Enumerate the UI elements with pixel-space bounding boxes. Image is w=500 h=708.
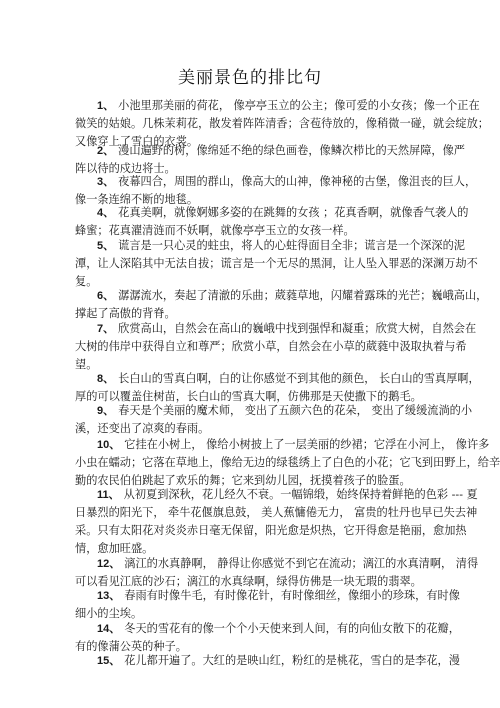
paragraph-number: 2、: [97, 145, 114, 157]
paragraph-4: 4、花真美啊，就像婀娜多姿的在跳舞的女孩 ；花真香啊，就像香气袭人的蜂蜜；花真濯…: [75, 204, 435, 240]
paragraph-number: 9、: [97, 405, 114, 417]
paragraph-number: 4、: [97, 207, 114, 219]
paragraph-line: 7、欣赏高山，自然会在高山的巍峨中找到强悍和凝重；欣赏大树，自然会在: [75, 320, 435, 338]
paragraph-number: 15、: [97, 655, 120, 667]
paragraph-text: 小池里那美丽的荷花， 像亭亭玉立的公主；像可爱的小女孩；像一个正在: [118, 99, 480, 112]
paragraph-text: 采。只有太阳花对炎炎赤日毫无保留，阳光愈是炽热，它开得愈是艳丽，愈加热: [75, 524, 467, 537]
paragraph-number: 11、: [97, 489, 120, 501]
paragraph-line: 11、从初夏到深秋，花儿经久不衰。一幅锦缎，始终保持着鲜艳的色彩 --- 夏: [75, 486, 435, 504]
paragraph-text: 潭，让人深陷其中无法自拔；谎言是一个无尽的黑洞，让人坠入罪恶的深渊万劫不: [75, 257, 478, 270]
paragraph-text: 春天是个美丽的魔术师， 变出了五颜六色的花朵， 变出了缓缓流淌的小: [118, 404, 472, 417]
paragraph-number: 7、: [97, 323, 114, 335]
paragraph-number: 3、: [97, 176, 114, 188]
paragraph-text: 长白山的雪真白啊，白的让你感觉不到其他的颜色， 长白山的雪真厚啊，: [118, 372, 480, 385]
paragraph-line: 日暴烈的阳光下， 牵牛花偃旗息鼓， 美人蕉慵倦无力， 富贵的牡丹也早已失去神: [75, 504, 435, 522]
paragraph-14: 14、冬天的雪花有的像一个个小天使来到人间，有的向仙女散下的花瓣，有的像蒲公英的…: [75, 620, 435, 656]
paragraph-13: 13、春雨有时像牛毛，有时像花针，有时像细丝，像细小的珍珠，有时像细小的尘埃。: [75, 587, 435, 623]
paragraph-6: 6、潺潺流水，奏起了清澈的乐曲；葳蕤草地，闪耀着露珠的光芒；巍峨高山，撑起了高傲…: [75, 287, 435, 323]
paragraph-line: 小虫在蠕动；它落在草地上，像给无边的绿毯绣上了白色的小花；它飞到田野上，给辛: [75, 454, 435, 472]
paragraph-text: 溪，还变出了凉爽的春雨。: [75, 422, 209, 435]
paragraph-text: 春雨有时像牛毛，有时像花针，有时像细丝，像细小的珍珠，有时像: [124, 589, 460, 602]
paragraph-text: 夜幕四合，周围的群山，像高大的山神，像神秘的古堡，像沮丧的巨人，: [118, 175, 476, 188]
paragraph-line: 8、长白山的雪真白啊，白的让你感觉不到其他的颜色， 长白山的雪真厚啊，: [75, 370, 435, 388]
paragraph-text: 冬天的雪花有的像一个个小天使来到人间，有的向仙女散下的花瓣，: [124, 622, 460, 635]
paragraph-text: 大树的伟岸中获得自立和尊严；欣赏小草，自然会在小草的葳蕤中汲取执着与希: [75, 340, 467, 353]
paragraph-text: 谎言是一只心灵的蛀虫，将人的心蛀得面目全非；谎言是一个深深的泥: [118, 239, 465, 252]
paragraph-number: 12、: [97, 558, 120, 570]
paragraph-15: 15、花儿都开遍了。大红的是映山红，粉红的是桃花，雪白的是李花，漫: [75, 652, 435, 670]
paragraph-number: 8、: [97, 373, 114, 385]
paragraph-text: 细小的尘埃。: [75, 607, 142, 620]
paragraph-line: 2、漫山遍野的树，像绵延不绝的绿色画卷，像鳞次栉比的天然屏障，像严: [75, 142, 435, 160]
paragraph-10: 10、它挂在小树上， 像给小树披上了一层美丽的纱裙；它浮在小河上， 像许多小虫在…: [75, 436, 435, 490]
paragraph-number: 1、: [97, 100, 114, 112]
paragraph-text: 微笑的姑娘。几株茉莉花，散发着阵阵清香；含苞待放的，像稍微一碰，就会绽放；: [75, 117, 489, 130]
paragraph-line: 5、谎言是一只心灵的蛀虫，将人的心蛀得面目全非；谎言是一个深深的泥: [75, 237, 435, 255]
document-page: 美丽景色的排比句 1、小池里那美丽的荷花， 像亭亭玉立的公主；像可爱的小女孩；像…: [0, 0, 500, 708]
paragraph-9: 9、春天是个美丽的魔术师， 变出了五颜六色的花朵， 变出了缓缓流淌的小溪，还变出…: [75, 402, 435, 438]
paragraph-12: 12、漓江的水真静啊， 静得让你感觉不到它在流动；漓江的水真清啊， 清得可以看见…: [75, 555, 435, 591]
paragraph-line: 6、潺潺流水，奏起了清澈的乐曲；葳蕤草地，闪耀着露珠的光芒；巍峨高山，: [75, 287, 435, 305]
paragraph-7: 7、欣赏高山，自然会在高山的巍峨中找到强悍和凝重；欣赏大树，自然会在大树的伟岸中…: [75, 320, 435, 374]
paragraph-text: 潺潺流水，奏起了清澈的乐曲；葳蕤草地，闪耀着露珠的光芒；巍峨高山，: [118, 289, 487, 302]
paragraph-11: 11、从初夏到深秋，花儿经久不衰。一幅锦缎，始终保持着鲜艳的色彩 --- 夏日暴…: [75, 486, 435, 558]
paragraph-line: 3、夜幕四合，周围的群山，像高大的山神，像神秘的古堡，像沮丧的巨人，: [75, 173, 435, 191]
paragraph-text: 蜂蜜；花真濯清涟而不妖啊，就像亭亭玉立的女孩一样。: [75, 224, 355, 237]
paragraph-text: 从初夏到深秋，花儿经久不衰。一幅锦缎，始终保持着鲜艳的色彩 --- 夏: [124, 488, 478, 501]
document-title: 美丽景色的排比句: [0, 63, 500, 88]
paragraph-5: 5、谎言是一只心灵的蛀虫，将人的心蛀得面目全非；谎言是一个深深的泥潭，让人深陷其…: [75, 237, 435, 291]
paragraph-8: 8、长白山的雪真白啊，白的让你感觉不到其他的颜色， 长白山的雪真厚啊，厚的可以覆…: [75, 370, 435, 406]
paragraph-text: 日暴烈的阳光下， 牵牛花偃旗息鼓， 美人蕉慵倦无力， 富贵的牡丹也早已失去神: [75, 506, 477, 519]
paragraph-line: 微笑的姑娘。几株茉莉花，散发着阵阵清香；含苞待放的，像稍微一碰，就会绽放；: [75, 115, 435, 133]
paragraph-text: 漓江的水真静啊， 静得让你感觉不到它在流动；漓江的水真清啊， 清得: [124, 557, 478, 570]
paragraph-number: 10、: [97, 439, 120, 451]
paragraph-text: 小虫在蠕动；它落在草地上，像给无边的绿毯绣上了白色的小花；它飞到田野上，给辛: [75, 456, 500, 469]
paragraph-text: 它挂在小树上， 像给小树披上了一层美丽的纱裙；它浮在小河上， 像许多: [124, 438, 489, 451]
paragraph-text: 情，愈加旺盛。: [75, 542, 153, 555]
paragraph-text: 花真美啊，就像婀娜多姿的在跳舞的女孩 ；花真香啊，就像香气袭人的: [118, 206, 468, 219]
paragraph-number: 5、: [97, 240, 114, 252]
paragraph-number: 14、: [97, 623, 120, 635]
paragraph-line: 14、冬天的雪花有的像一个个小天使来到人间，有的向仙女散下的花瓣，: [75, 620, 435, 638]
paragraph-line: 采。只有太阳花对炎炎赤日毫无保留，阳光愈是炽热，它开得愈是艳丽，愈加热: [75, 522, 435, 540]
paragraph-text: 撑起了高傲的背脊。: [75, 307, 176, 320]
paragraph-line: 大树的伟岸中获得自立和尊严；欣赏小草，自然会在小草的葳蕤中汲取执着与希: [75, 338, 435, 356]
paragraph-line: 12、漓江的水真静啊， 静得让你感觉不到它在流动；漓江的水真清啊， 清得: [75, 555, 435, 573]
paragraph-text: 欣赏高山，自然会在高山的巍峨中找到强悍和凝重；欣赏大树，自然会在: [118, 322, 476, 335]
paragraph-text: 花儿都开遍了。大红的是映山红，粉红的是桃花，雪白的是李花，漫: [124, 654, 460, 667]
paragraph-line: 15、花儿都开遍了。大红的是映山红，粉红的是桃花，雪白的是李花，漫: [75, 652, 435, 670]
paragraph-line: 潭，让人深陷其中无法自拔；谎言是一个无尽的黑洞，让人坠入罪恶的深渊万劫不: [75, 255, 435, 273]
paragraph-line: 13、春雨有时像牛毛，有时像花针，有时像细丝，像细小的珍珠，有时像: [75, 587, 435, 605]
paragraph-line: 4、花真美啊，就像婀娜多姿的在跳舞的女孩 ；花真香啊，就像香气袭人的: [75, 204, 435, 222]
paragraph-number: 13、: [97, 590, 120, 602]
paragraph-number: 6、: [97, 290, 114, 302]
paragraph-line: 9、春天是个美丽的魔术师， 变出了五颜六色的花朵， 变出了缓缓流淌的小: [75, 402, 435, 420]
paragraph-line: 10、它挂在小树上， 像给小树披上了一层美丽的纱裙；它浮在小河上， 像许多: [75, 436, 435, 454]
paragraph-line: 1、小池里那美丽的荷花， 像亭亭玉立的公主；像可爱的小女孩；像一个正在: [75, 97, 435, 115]
paragraph-text: 漫山遍野的树，像绵延不绝的绿色画卷，像鳞次栉比的天然屏障，像严: [118, 144, 465, 157]
